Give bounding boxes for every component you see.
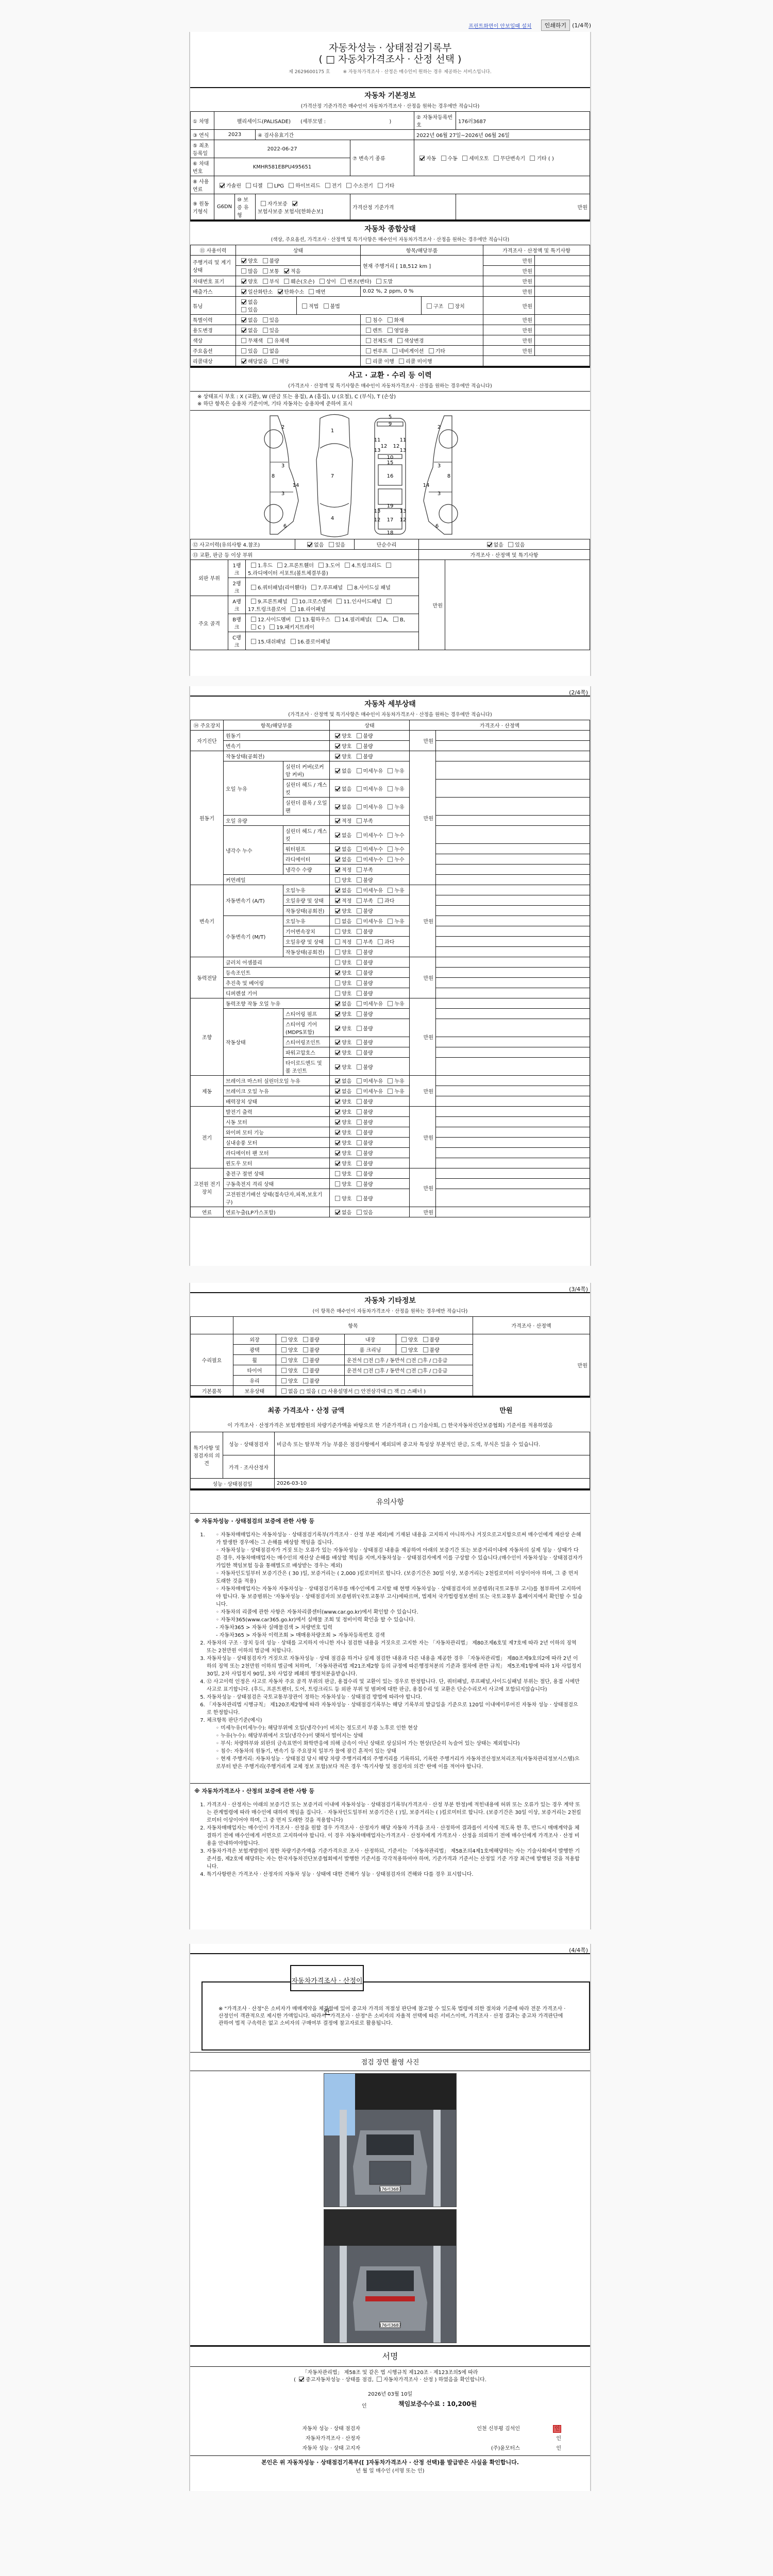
status-checkbox[interactable]: 부족	[354, 868, 373, 873]
checkbox-icon[interactable]	[357, 1120, 362, 1125]
status-checkbox[interactable]: 미세누유	[354, 919, 383, 925]
checkbox-icon[interactable]	[335, 786, 340, 791]
status-checkbox[interactable]: 불량	[354, 1110, 373, 1115]
checkbox[interactable]: 보통	[260, 269, 279, 275]
status-checkbox[interactable]: 없음	[332, 1002, 351, 1007]
checkbox-icon[interactable]	[263, 279, 268, 284]
checkbox[interactable]: 불법	[321, 304, 340, 310]
part-checkbox[interactable]: 19.패키지트레이	[266, 625, 314, 631]
checkbox-icon[interactable]	[335, 919, 340, 924]
checkbox-icon[interactable]	[530, 156, 535, 161]
checkbox[interactable]: 디젤	[243, 183, 262, 189]
checkbox-icon[interactable]	[263, 317, 268, 323]
checkbox-icon[interactable]	[335, 1130, 340, 1135]
checkbox-icon[interactable]	[392, 348, 397, 353]
checkbox[interactable]: 해당	[270, 359, 289, 365]
status-checkbox[interactable]: 없음	[332, 1210, 351, 1216]
status-checkbox[interactable]: 불량	[354, 744, 373, 750]
status-checkbox[interactable]: 불량	[354, 991, 373, 997]
status-checkbox[interactable]: 적정	[332, 819, 351, 824]
status-checkbox[interactable]: 없음	[332, 847, 351, 853]
checkbox-icon[interactable]	[241, 289, 246, 294]
status-checkbox[interactable]: 양호	[332, 1120, 351, 1126]
checkbox-icon[interactable]	[263, 258, 268, 263]
checkbox[interactable]: 양호	[398, 1348, 418, 1353]
checkbox-icon[interactable]	[291, 639, 296, 644]
checkbox-icon[interactable]	[377, 2377, 382, 2382]
checkbox-icon[interactable]	[335, 1161, 340, 1166]
status-checkbox[interactable]: 양호	[332, 1196, 351, 1202]
checkbox-icon[interactable]	[263, 328, 268, 333]
checkbox[interactable]: 불량	[300, 1379, 320, 1384]
checkbox-icon[interactable]	[246, 183, 251, 188]
status-checkbox[interactable]: 양호	[332, 734, 351, 739]
checkbox-icon[interactable]	[311, 585, 316, 590]
checkbox-icon[interactable]	[357, 754, 362, 759]
checkbox-icon[interactable]	[303, 1368, 308, 1373]
status-checkbox[interactable]: 양호	[332, 744, 351, 750]
status-checkbox[interactable]: 적정	[332, 899, 351, 904]
checkbox-icon[interactable]	[357, 980, 362, 986]
checkbox-icon[interactable]	[377, 617, 382, 622]
checkbox-icon[interactable]	[357, 1001, 362, 1006]
checkbox-icon[interactable]	[335, 1109, 340, 1114]
status-checkbox[interactable]: 불량	[354, 734, 373, 739]
checkbox-icon[interactable]	[388, 317, 393, 323]
checkbox-icon[interactable]	[335, 1210, 340, 1215]
checkbox-icon[interactable]	[335, 617, 340, 622]
status-checkbox[interactable]: 불량	[354, 960, 373, 966]
checkbox-icon[interactable]	[263, 348, 268, 353]
checkbox-icon[interactable]	[303, 1378, 308, 1383]
checkbox[interactable]: 없음	[238, 318, 258, 324]
checkbox-icon[interactable]	[388, 786, 393, 791]
checkbox[interactable]: 구조	[424, 304, 443, 310]
status-checkbox[interactable]: 양호	[332, 1099, 351, 1105]
checkbox[interactable]: 양호	[278, 1358, 298, 1364]
checkbox-icon[interactable]	[366, 328, 371, 333]
status-checkbox[interactable]: 양호	[332, 909, 351, 914]
checkbox-icon[interactable]	[397, 338, 402, 343]
status-checkbox[interactable]: 불량	[354, 1172, 373, 1177]
checkbox-icon[interactable]	[335, 1050, 340, 1055]
checkbox[interactable]: 색상변경	[394, 338, 424, 344]
checkbox[interactable]: 불량	[300, 1358, 320, 1364]
part-checkbox[interactable]: 18.리어패널	[288, 607, 326, 613]
checkbox-icon[interactable]	[357, 1161, 362, 1166]
status-checkbox[interactable]: 누수	[384, 833, 404, 839]
checkbox-icon[interactable]	[281, 1388, 287, 1394]
status-checkbox[interactable]: 부족	[354, 940, 373, 945]
checkbox-icon[interactable]	[241, 348, 246, 353]
checkbox-icon[interactable]	[357, 991, 362, 996]
checkbox-icon[interactable]	[357, 1050, 362, 1055]
status-checkbox[interactable]: 없음	[332, 833, 351, 839]
checkbox[interactable]: 수소전기	[343, 183, 373, 189]
status-checkbox[interactable]: 미세누유	[354, 769, 383, 774]
checkbox-icon[interactable]	[281, 1358, 287, 1363]
checkbox[interactable]: 리콜 미이행	[396, 359, 432, 365]
checkbox[interactable]: 불량	[420, 1337, 440, 1343]
status-checkbox[interactable]: 누유	[384, 1089, 404, 1095]
checkbox-icon[interactable]	[357, 768, 362, 773]
checkbox[interactable]: 없음	[238, 300, 258, 306]
status-checkbox[interactable]: 없음	[332, 888, 351, 894]
status-checkbox[interactable]: 양호	[332, 1172, 351, 1177]
status-checkbox[interactable]: 불량	[354, 909, 373, 914]
checkbox-icon[interactable]	[303, 1337, 308, 1342]
checkbox-icon[interactable]	[251, 639, 256, 644]
checkbox-icon[interactable]	[378, 898, 383, 903]
checkbox-icon[interactable]	[388, 1089, 393, 1094]
checkbox-icon[interactable]	[388, 1001, 393, 1006]
status-checkbox[interactable]: 불량	[354, 1141, 373, 1146]
checkbox[interactable]: 세미오토	[459, 156, 489, 162]
checkbox[interactable]: 불량	[300, 1337, 320, 1343]
checkbox-icon[interactable]	[335, 768, 340, 773]
checkbox-icon[interactable]	[357, 867, 362, 872]
checkbox-icon[interactable]	[241, 258, 246, 263]
checkbox[interactable]: 있음	[238, 349, 258, 354]
checkbox[interactable]: 없음	[260, 349, 279, 354]
status-checkbox[interactable]: 불량	[354, 1065, 373, 1071]
status-checkbox[interactable]: 누수	[384, 857, 404, 863]
part-checkbox[interactable]: 8.사이드실 패널	[344, 585, 391, 591]
checkbox-icon[interactable]	[337, 599, 342, 604]
checkbox[interactable]: 침수	[363, 318, 382, 324]
checkbox-icon[interactable]	[357, 1196, 362, 1201]
checkbox-icon[interactable]	[324, 303, 329, 309]
checkbox-icon[interactable]	[448, 303, 453, 309]
status-checkbox[interactable]: 누유	[384, 1002, 404, 1007]
checkbox[interactable]: 무채색	[238, 338, 263, 344]
checkbox-icon[interactable]	[494, 156, 499, 161]
checkbox-icon[interactable]	[299, 2377, 304, 2382]
checkbox-icon[interactable]	[302, 303, 307, 309]
checkbox-icon[interactable]	[335, 1011, 340, 1016]
checkbox-icon[interactable]	[251, 599, 256, 604]
confirm-checkbox[interactable]: 자동차가격조사 · 산정 ) 하였음을 확인합니다.	[374, 2377, 486, 2383]
checkbox-icon[interactable]	[388, 768, 393, 773]
checkbox-icon[interactable]	[357, 1026, 362, 1031]
checkbox-icon[interactable]	[335, 804, 340, 809]
checkbox-icon[interactable]	[335, 1026, 340, 1031]
checkbox-icon[interactable]	[357, 1099, 362, 1104]
checkbox-icon[interactable]	[291, 606, 296, 612]
status-checkbox[interactable]: 불량	[354, 878, 373, 884]
checkbox[interactable]: 유채색	[264, 338, 289, 344]
checkbox-icon[interactable]	[357, 1171, 362, 1176]
checkbox-icon[interactable]	[281, 1378, 287, 1383]
status-checkbox[interactable]: 양호	[332, 971, 351, 976]
checkbox-icon[interactable]	[335, 846, 340, 852]
status-checkbox[interactable]: 불량	[354, 1120, 373, 1126]
checkbox-icon[interactable]	[419, 156, 425, 161]
checkbox-icon[interactable]	[388, 857, 393, 862]
status-checkbox[interactable]: 없음	[332, 787, 351, 792]
checkbox[interactable]: 불량	[420, 1348, 440, 1353]
status-checkbox[interactable]: 과다	[375, 899, 394, 904]
checkbox-icon[interactable]	[441, 156, 446, 161]
checkbox[interactable]: 기타 ( )	[527, 156, 553, 162]
checkbox[interactable]: 상이	[316, 279, 336, 285]
checkbox-icon[interactable]	[357, 877, 362, 883]
status-checkbox[interactable]: 누유	[384, 919, 404, 925]
checkbox-icon[interactable]	[307, 542, 312, 547]
checkbox-icon[interactable]	[267, 338, 273, 343]
checkbox-icon[interactable]	[347, 585, 352, 590]
checkbox-icon[interactable]	[335, 960, 340, 965]
checkbox-icon[interactable]	[267, 183, 273, 188]
checkbox-icon[interactable]	[335, 1099, 340, 1104]
checkbox-icon[interactable]	[388, 328, 393, 333]
checkbox-icon[interactable]	[335, 1196, 340, 1201]
checkbox-icon[interactable]	[335, 1140, 340, 1145]
checkbox-icon[interactable]	[289, 183, 294, 188]
confirm-checkbox[interactable]: 중고자동차성능 · 상태를 점검,	[296, 2377, 374, 2383]
checkbox-icon[interactable]	[357, 929, 362, 934]
checkbox[interactable]: 양호	[238, 259, 258, 264]
status-checkbox[interactable]: 적정	[332, 940, 351, 945]
checkbox[interactable]: 수동	[438, 156, 458, 162]
status-checkbox[interactable]: 부족	[354, 899, 373, 904]
checkbox-icon[interactable]	[378, 939, 383, 944]
status-checkbox[interactable]: 미세누유	[354, 1079, 383, 1084]
checkbox-icon[interactable]	[335, 1181, 340, 1187]
checkbox-icon[interactable]	[357, 1078, 362, 1083]
checkbox-icon[interactable]	[284, 279, 289, 284]
status-checkbox[interactable]: 불량	[354, 981, 373, 987]
part-checkbox[interactable]: B,	[390, 617, 405, 623]
checkbox[interactable]: 도말	[373, 279, 393, 285]
checkbox-icon[interactable]	[335, 929, 340, 934]
status-checkbox[interactable]: 불량	[354, 1130, 373, 1136]
status-checkbox[interactable]: 미세누유	[354, 1002, 383, 1007]
checkbox-icon[interactable]	[388, 804, 393, 809]
checkbox-icon[interactable]	[335, 950, 340, 955]
part-checkbox[interactable]: 2.프론트휀더	[274, 563, 314, 569]
checkbox-icon[interactable]	[335, 888, 340, 893]
checkbox[interactable]: 있음	[260, 328, 279, 334]
checkbox-icon[interactable]	[251, 617, 256, 622]
part-checkbox[interactable]: 9.프론트패널	[248, 599, 288, 605]
checkbox-icon[interactable]	[335, 1001, 340, 1006]
checkbox[interactable]: 가솔린	[216, 183, 241, 189]
part-checkbox[interactable]: 1.후드	[248, 563, 273, 569]
checkbox-icon[interactable]	[335, 991, 340, 996]
checkbox-icon[interactable]	[335, 743, 340, 749]
checkbox-icon[interactable]	[388, 846, 393, 852]
status-checkbox[interactable]: 양호	[332, 929, 351, 935]
checkbox-icon[interactable]	[357, 898, 362, 903]
checkbox-icon[interactable]	[357, 939, 362, 944]
checkbox-icon[interactable]	[401, 1337, 407, 1342]
checkbox-icon[interactable]	[335, 754, 340, 759]
status-checkbox[interactable]: 불량	[354, 754, 373, 760]
checkbox-icon[interactable]	[401, 1347, 407, 1352]
checkbox[interactable]: 네비게이션	[389, 349, 424, 354]
status-checkbox[interactable]: 미세누유	[354, 805, 383, 810]
checkbox-icon[interactable]	[393, 617, 398, 622]
checkbox-icon[interactable]	[357, 804, 362, 809]
checkbox-icon[interactable]	[284, 268, 289, 274]
checkbox-icon[interactable]	[357, 1089, 362, 1094]
checkbox-icon[interactable]	[423, 1347, 428, 1352]
part-checkbox[interactable]: 11.인사이드패널	[333, 599, 381, 605]
checkbox[interactable]: 양호	[278, 1337, 298, 1343]
status-checkbox[interactable]: 양호	[332, 1012, 351, 1018]
status-checkbox[interactable]: 양호	[332, 1050, 351, 1056]
checkbox-icon[interactable]	[357, 1210, 362, 1215]
checkbox-icon[interactable]	[273, 359, 278, 364]
checkbox-icon[interactable]	[335, 1064, 340, 1070]
checkbox-icon[interactable]	[357, 833, 362, 838]
checkbox-icon[interactable]	[241, 279, 246, 284]
checkbox[interactable]: 없음	[484, 543, 503, 548]
status-checkbox[interactable]: 미세누유	[354, 787, 383, 792]
status-checkbox[interactable]: 불량	[354, 950, 373, 956]
checkbox-icon[interactable]	[357, 818, 362, 823]
status-checkbox[interactable]: 누유	[384, 888, 404, 894]
part-checkbox[interactable]: 15.대쉬패널	[248, 639, 286, 645]
checkbox[interactable]: 렌트	[363, 328, 382, 334]
checkbox-icon[interactable]	[423, 1337, 428, 1342]
checkbox-icon[interactable]	[335, 939, 340, 944]
checkbox-icon[interactable]	[335, 733, 340, 738]
checkbox[interactable]: 매연	[306, 290, 325, 295]
checkbox[interactable]: 전기	[322, 183, 342, 189]
checkbox[interactable]: 영업용	[384, 328, 409, 334]
checkbox-icon[interactable]	[357, 919, 362, 924]
checkbox-icon[interactable]	[281, 1347, 287, 1352]
checkbox[interactable]: 리콜 이행	[363, 359, 394, 365]
status-checkbox[interactable]: 양호	[332, 754, 351, 760]
checkbox-icon[interactable]	[335, 898, 340, 903]
checkbox-icon[interactable]	[357, 733, 362, 738]
checkbox-icon[interactable]	[357, 1140, 362, 1145]
checkbox-icon[interactable]	[241, 268, 246, 274]
checkbox-icon[interactable]	[335, 833, 340, 838]
checkbox-icon[interactable]	[292, 599, 297, 604]
status-checkbox[interactable]: 양호	[332, 1026, 351, 1032]
checkbox-icon[interactable]	[335, 1089, 340, 1094]
checkbox-icon[interactable]	[357, 1130, 362, 1135]
checkbox-icon[interactable]	[388, 833, 393, 838]
checkbox[interactable]: 해당없음	[238, 359, 268, 365]
checkbox[interactable]: 무단변속기	[491, 156, 525, 162]
checkbox-icon[interactable]	[335, 818, 340, 823]
checkbox-icon[interactable]	[388, 919, 393, 924]
checkbox-icon[interactable]	[508, 542, 513, 547]
checkbox-icon[interactable]	[251, 624, 256, 630]
checkbox-icon[interactable]	[357, 1150, 362, 1156]
part-checkbox[interactable]: 14.필러패널(	[332, 617, 372, 623]
status-checkbox[interactable]: 양호	[332, 1110, 351, 1115]
checkbox-icon[interactable]	[357, 1011, 362, 1016]
checkbox[interactable]: 적법	[299, 304, 318, 310]
checkbox-icon[interactable]	[335, 857, 340, 862]
status-checkbox[interactable]: 미세누유	[354, 888, 383, 894]
checkbox-icon[interactable]	[341, 279, 346, 284]
checkbox-icon[interactable]	[376, 279, 381, 284]
checkbox[interactable]: LPG	[264, 183, 284, 189]
status-checkbox[interactable]: 양호	[332, 991, 351, 997]
checkbox-icon[interactable]	[329, 542, 334, 547]
checkbox-icon[interactable]	[366, 359, 371, 364]
checkbox-icon[interactable]	[295, 617, 300, 622]
checkbox-icon[interactable]	[378, 183, 383, 188]
checkbox-icon[interactable]	[241, 338, 246, 343]
checkbox[interactable]: 장치	[445, 304, 465, 310]
checkbox-icon[interactable]	[241, 328, 246, 333]
checkbox-icon[interactable]	[357, 960, 362, 965]
checkbox-icon[interactable]	[335, 970, 340, 975]
part-checkbox[interactable]: 12.사이드멤버	[248, 617, 291, 623]
checkbox[interactable]: 불량	[300, 1348, 320, 1353]
status-checkbox[interactable]: 양호	[332, 950, 351, 956]
status-checkbox[interactable]: 누유	[384, 769, 404, 774]
checkbox-icon[interactable]	[320, 279, 325, 284]
install-print-link[interactable]: 프린트화면이 안보일때 설치	[468, 22, 531, 29]
checkbox-icon[interactable]	[318, 563, 324, 568]
checkbox[interactable]: 양호	[238, 279, 258, 285]
status-checkbox[interactable]: 양호	[332, 960, 351, 966]
status-checkbox[interactable]: 없음	[332, 857, 351, 863]
checkbox-icon[interactable]	[388, 1078, 393, 1083]
checkbox[interactable]: 있음	[238, 308, 258, 313]
status-checkbox[interactable]: 양호	[332, 1040, 351, 1046]
checkbox[interactable]: 탄화수소	[275, 290, 305, 295]
checkbox-icon[interactable]	[335, 1171, 340, 1176]
checkbox-icon[interactable]	[261, 201, 266, 206]
status-checkbox[interactable]: 누유	[384, 787, 404, 792]
checkbox[interactable]	[278, 1389, 288, 1395]
checkbox-icon[interactable]	[357, 888, 362, 893]
checkbox[interactable]: 불량	[260, 259, 279, 264]
checkbox[interactable]: 자가보증	[258, 201, 288, 207]
checkbox-icon[interactable]	[357, 1109, 362, 1114]
checkbox-icon[interactable]	[335, 1078, 340, 1083]
checkbox[interactable]: 없음	[238, 328, 258, 334]
checkbox-icon[interactable]	[335, 1040, 340, 1045]
checkbox-icon[interactable]	[335, 877, 340, 883]
part-checkbox[interactable]: 3.도어	[315, 563, 340, 569]
status-checkbox[interactable]: 양호	[332, 1182, 351, 1188]
status-checkbox[interactable]: 있음	[354, 1210, 373, 1216]
status-checkbox[interactable]: 양호	[332, 1151, 351, 1157]
status-checkbox[interactable]: 양호	[332, 1130, 351, 1136]
checkbox-icon[interactable]	[357, 908, 362, 913]
checkbox-icon[interactable]	[278, 289, 283, 294]
checkbox-icon[interactable]	[366, 317, 371, 323]
checkbox-icon[interactable]	[335, 1120, 340, 1125]
status-checkbox[interactable]: 누수	[384, 847, 404, 853]
checkbox-icon[interactable]	[345, 563, 350, 568]
checkbox[interactable]: 양호	[278, 1348, 298, 1353]
checkbox[interactable]: 화재	[384, 318, 404, 324]
checkbox-icon[interactable]	[346, 183, 351, 188]
checkbox[interactable]: 썬루프	[363, 349, 388, 354]
checkbox-icon[interactable]	[292, 201, 297, 206]
part-checkbox[interactable]: 7.루프패널	[308, 585, 343, 591]
status-checkbox[interactable]: 불량	[354, 1196, 373, 1202]
checkbox-icon[interactable]	[366, 338, 371, 343]
checkbox[interactable]: 기타	[375, 183, 394, 189]
status-checkbox[interactable]: 불량	[354, 1026, 373, 1032]
status-checkbox[interactable]: 불량	[354, 1012, 373, 1018]
checkbox-icon[interactable]	[357, 1181, 362, 1187]
checkbox[interactable]: 많음	[238, 269, 258, 275]
